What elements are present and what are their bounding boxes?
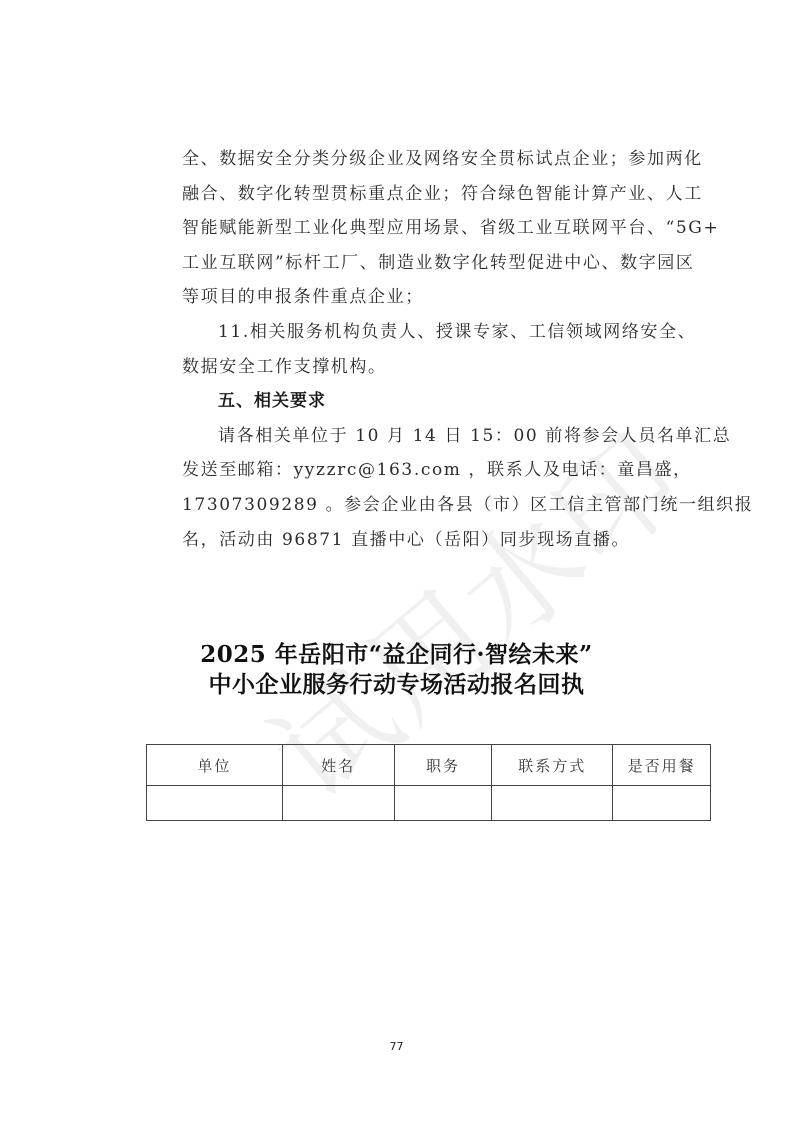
body-text: 全、数据安全分类分级企业及网络安全贯标试点企业；参加两化 融合、数字化转型贯标重… [182, 142, 666, 557]
form-title-line1: 2025 年岳阳市“益企同行·智绘未来” [0, 640, 793, 670]
paragraph-line: 名，活动由 96871 直播中心（岳阳）同步现场直播。 [182, 523, 666, 558]
column-header-meal: 是否用餐 [613, 745, 711, 786]
registration-table: 单位 姓名 职务 联系方式 是否用餐 [146, 744, 711, 821]
column-header-name: 姓名 [282, 745, 394, 786]
cell-meal [613, 786, 711, 821]
column-header-unit: 单位 [147, 745, 283, 786]
paragraph-line: 全、数据安全分类分级企业及网络安全贯标试点企业；参加两化 [182, 142, 666, 177]
paragraph-line: 融合、数字化转型贯标重点企业；符合绿色智能计算产业、人工 [182, 177, 666, 212]
paragraph-line: 请各相关单位于 10 月 14 日 15：00 前将参会人员名单汇总 [182, 419, 666, 454]
column-header-position: 职务 [394, 745, 492, 786]
paragraph-line-email: 发送至邮箱：yyzzrc@163.com ，联系人及电话：童昌盛， [182, 453, 666, 488]
form-title-line2: 中小企业服务行动专场活动报名回执 [0, 670, 793, 700]
page-number: 77 [0, 1040, 793, 1053]
cell-position [394, 786, 492, 821]
cell-contact [492, 786, 613, 821]
paragraph-line-phone: 17307309289 。参会企业由各县（市）区工信主管部门统一组织报 [182, 488, 666, 523]
cell-name [282, 786, 394, 821]
list-item-11: 11.相关服务机构负责人、授课专家、工信领域网络安全、 [182, 315, 666, 350]
table-header-row: 单位 姓名 职务 联系方式 是否用餐 [147, 745, 711, 786]
paragraph-line: 智能赋能新型工业化典型应用场景、省级工业互联网平台、“5G+ [182, 211, 666, 246]
paragraph-line: 等项目的申报条件重点企业； [182, 280, 666, 315]
paragraph-line: 数据安全工作支撑机构。 [182, 350, 666, 385]
column-header-contact: 联系方式 [492, 745, 613, 786]
cell-unit [147, 786, 283, 821]
section-heading: 五、相关要求 [182, 384, 666, 419]
form-title: 2025 年岳阳市“益企同行·智绘未来” 中小企业服务行动专场活动报名回执 [0, 640, 793, 700]
document-page: 试用水印 全、数据安全分类分级企业及网络安全贯标试点企业；参加两化 融合、数字化… [0, 0, 793, 1122]
paragraph-line: 工业互联网”标杆工厂、制造业数字化转型促进中心、数字园区 [182, 246, 666, 281]
table-row [147, 786, 711, 821]
